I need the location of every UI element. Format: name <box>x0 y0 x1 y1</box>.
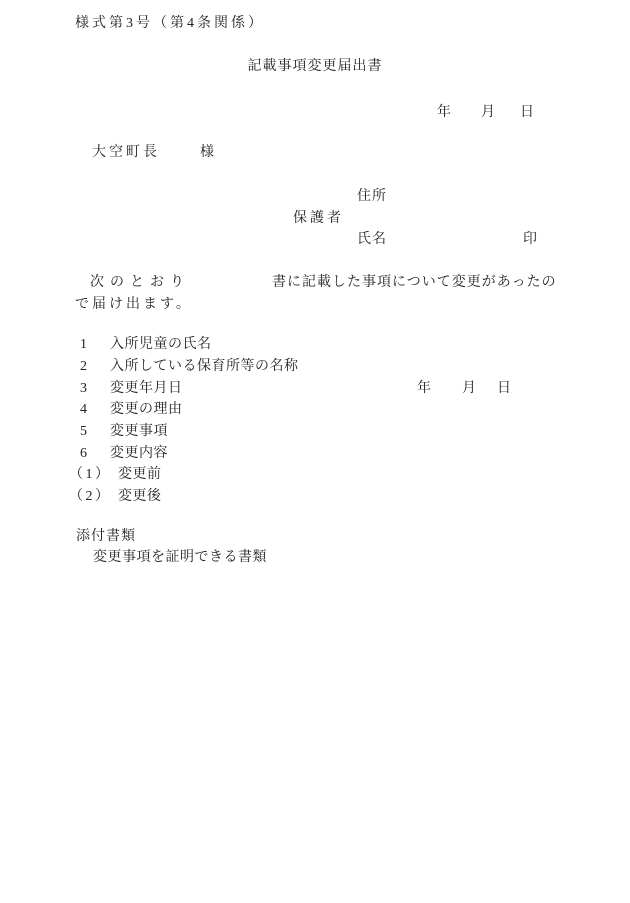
attachments-heading: 添付書類 <box>76 527 136 547</box>
item-label: 入所している保育所等の名称 <box>110 357 299 377</box>
item-number: 1 <box>80 335 87 355</box>
item-label: 変更前 <box>118 465 162 485</box>
addressee-name: 大空町長 <box>92 143 160 163</box>
address-label: 住所 <box>357 187 387 207</box>
seal-label: 印 <box>523 230 537 250</box>
body-line1-rest: 書に記載した事項について変更があったの <box>272 273 557 293</box>
date-month-label: 月 <box>481 103 495 123</box>
item-number: 6 <box>80 444 87 464</box>
item-number: 2 <box>80 357 87 377</box>
date-year-label: 年 <box>437 103 451 123</box>
guardian-label: 保護者 <box>293 209 344 229</box>
item-label: 変更の理由 <box>110 400 183 420</box>
item-label: 入所児童の氏名 <box>110 335 212 355</box>
attachments-item: 変更事項を証明できる書類 <box>93 548 267 568</box>
item-number: （1） <box>69 465 112 485</box>
item-label: 変更事項 <box>110 422 168 442</box>
item3-year-label: 年 <box>417 379 431 399</box>
addressee-honorific: 様 <box>200 143 214 163</box>
body-line2: で届け出ます。 <box>75 295 193 315</box>
date-day-label: 日 <box>520 103 534 123</box>
item-number: （2） <box>69 487 112 507</box>
form-page: 様式第3号（第4条関係） 記載事項変更届出書 年 月 日 大空町長 様 住所 保… <box>0 0 630 903</box>
document-title: 記載事項変更届出書 <box>0 57 630 77</box>
item3-day-label: 日 <box>497 379 511 399</box>
item-label: 変更後 <box>118 487 162 507</box>
item-number: 5 <box>80 422 87 442</box>
item3-month-label: 月 <box>462 379 476 399</box>
item-number: 4 <box>80 400 87 420</box>
item-label: 変更内容 <box>110 444 168 464</box>
item-label: 変更年月日 <box>110 379 183 399</box>
name-label: 氏名 <box>357 230 387 250</box>
item-number: 3 <box>80 379 87 399</box>
form-number: 様式第3号（第4条関係） <box>75 14 265 34</box>
body-line1-lead: 次のとおり <box>90 273 190 293</box>
